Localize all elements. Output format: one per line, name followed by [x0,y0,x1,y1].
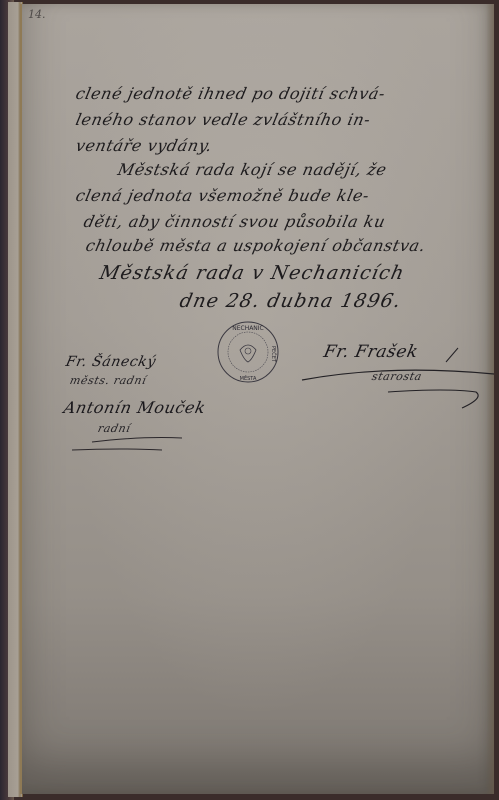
svg-text:NECHANIC: NECHANIC [232,325,264,332]
paragraph2-line-4: chloubě města a uspokojení občanstva. [84,236,428,255]
signature-flourish-right [298,344,498,414]
document-page: 14. clené jednotě ihned po dojití schvá-… [20,4,494,794]
signature-flourish-left [62,414,222,454]
signature-left-top-name: Fr. Šánecký [64,354,157,370]
svg-text:PEČEŤ: PEČEŤ [270,346,278,363]
town-seal-stamp: NECHANIC PEČEŤ MĚSTA [216,320,280,384]
page-number: 14. [28,8,46,21]
paragraph2-line-3: děti, aby činností svou působila ku [82,212,387,231]
paragraph2-line-2: clená jednota všemožně bude kle- [74,186,371,205]
body-line-3: ventáře vydány. [74,136,214,155]
paragraph2-line-1: Městská rada kojí se nadějí, že [116,160,389,179]
signature-left-top-title: městs. radní [69,374,148,387]
seal-icon: NECHANIC PEČEŤ MĚSTA [216,320,280,384]
closing-place: Městská rada v Nechanicích [98,262,407,284]
body-line-1: clené jednotě ihned po dojití schvá- [74,84,387,103]
body-line-2: leného stanov vedle zvláštního in- [74,110,373,129]
svg-text:MĚSTA: MĚSTA [240,374,257,382]
closing-date: dne 28. dubna 1896. [178,290,404,312]
